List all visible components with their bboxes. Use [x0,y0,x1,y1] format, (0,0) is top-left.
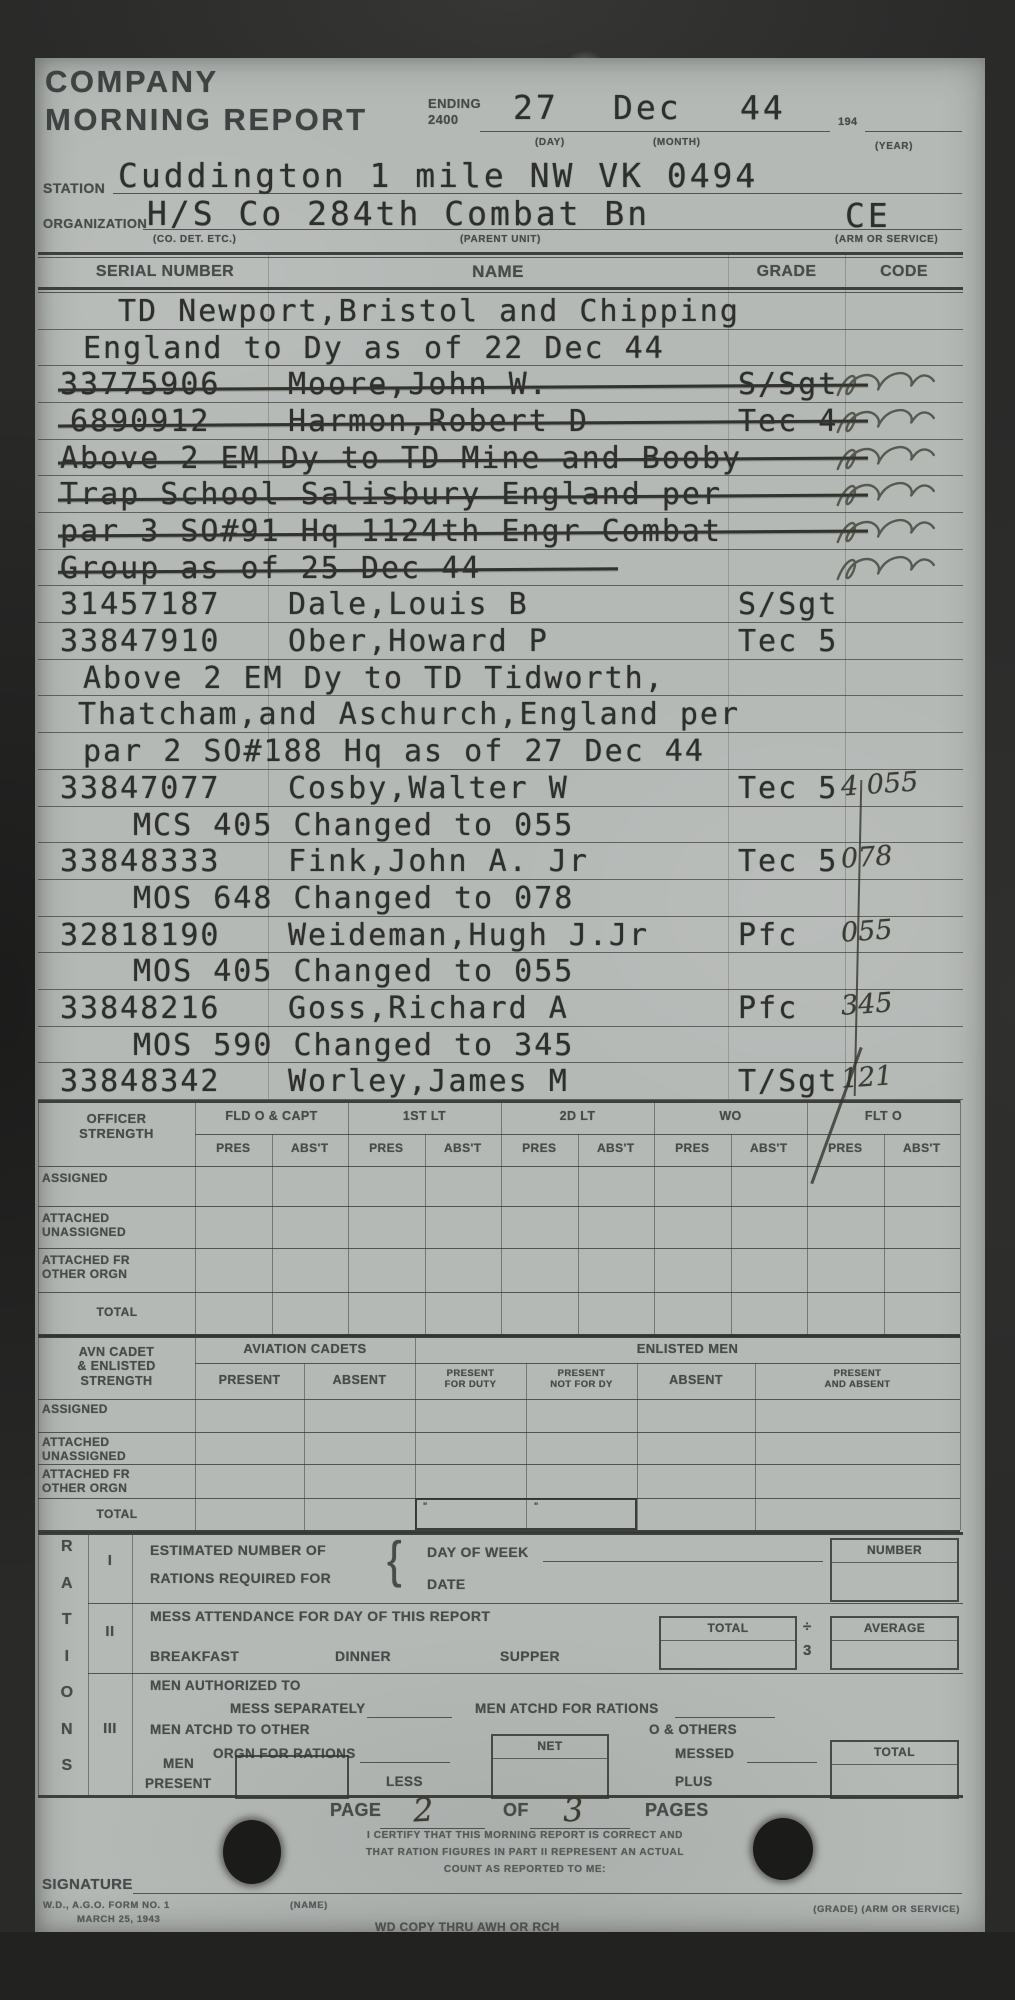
roster-name: Above 2 EM Dy to TD Tidworth, [83,661,665,696]
number-label: NUMBER [832,1543,957,1557]
year-prefix: 194 [838,116,858,128]
rations-number-box: NUMBER [830,1538,959,1602]
rations1-line2: RATIONS REQUIRED FOR [150,1570,331,1586]
rations-letter: A [49,1575,85,1593]
roster-row: TD Newport,Bristol and Chipping [38,292,963,330]
roster-row: Trap School Salisbury England per [38,475,963,513]
enlisted-row-label: ASSIGNED [42,1403,192,1417]
roster-name: Fink,John A. Jr [288,844,589,879]
officer-row-label: ATTACHED FR OTHER ORGN [42,1254,192,1282]
table-rule [807,1100,808,1334]
table-rule [38,1399,960,1400]
enlisted-row-label: ATTACHED FR OTHER ORGN [42,1468,192,1496]
enlisted-sub-col: PRESENT FOR DUTY [415,1369,526,1391]
table-rule [38,1248,960,1249]
date-underline [480,131,830,132]
roster-serial: 33848216 [60,991,221,1026]
officer-row-label: TOTAL [42,1306,192,1320]
roster-grade: Pfc [738,918,798,953]
roster-code-handwritten: 4 055 [840,766,919,802]
officer-col-group: FLD O & CAPT [195,1109,348,1123]
rations-letter: T [49,1611,85,1629]
roster-name: Weideman,Hugh J.Jr [288,918,649,953]
enlisted-sub-col: PRESENT NOT FOR DY [526,1369,637,1391]
rations-left-border [38,1532,39,1795]
supper-label: SUPPER [500,1648,560,1664]
enlisted-men-header: ENLISTED MEN [415,1342,960,1357]
table-rule [38,1335,960,1338]
rations-numeral: I [88,1552,132,1569]
table-rule [637,1363,638,1530]
ending-value: 2400 [428,112,459,127]
plus-label: PLUS [675,1774,713,1789]
roster-code-handwritten: 055 [840,914,894,949]
roster-row: 33847910Ober,Howard PTec 5 [38,622,963,660]
organization-underline [143,229,962,230]
date-label: DATE [427,1576,466,1592]
arm-service-label: (ARM OR SERVICE) [835,234,938,245]
roster-rows: TD Newport,Bristol and ChippingEngland t… [35,292,985,1099]
men-present-box [235,1755,349,1799]
rations-numeral: II [88,1623,132,1640]
roster-serial: 33775906 [60,367,221,402]
men-label: MEN [163,1756,194,1771]
mess-separately-line [367,1717,452,1718]
roster-row: 33848342Worley,James MT/Sgt121 [38,1062,963,1100]
roster-name: MCS 405 Changed to 055 [133,808,574,843]
station-value: Cuddington 1 mile NW VK 0494 [118,156,758,195]
breakfast-label: BREAKFAST [150,1648,239,1664]
messed-label: MESSED [675,1746,734,1761]
year-label: (YEAR) [875,141,913,152]
certify-line3: COUNT AS REPORTED TO ME: [275,1864,775,1875]
table-rule [38,1292,960,1293]
roster-name: MOS 590 Changed to 345 [133,1028,574,1063]
date-month: Dec [613,88,682,127]
table-rule [654,1100,655,1334]
mess-separately-label: MESS SEPARATELY [230,1701,366,1716]
form-title-line1: COMPANY [45,64,219,100]
rations1-brace: { [387,1532,402,1590]
table-rule [960,1100,961,1334]
of-label: OF [503,1800,529,1821]
day-label: (DAY) [535,137,565,148]
roster-top-rule [38,252,963,255]
roster-serial: 33848333 [60,844,221,879]
co-det-label: (CO. DET. ETC.) [153,234,236,245]
station-label: STATION [43,180,105,196]
certify-line2: THAT RATION FIGURES IN PART II REPRESENT… [275,1847,775,1858]
rations-letter: R [49,1538,85,1556]
officer-sub-col: PRES [501,1142,578,1156]
table-rule [195,1100,196,1334]
roster-serial: 33847910 [60,624,221,659]
rations-numerals-divider [132,1532,133,1795]
rations-divider-1 [88,1603,963,1604]
enlisted-total-highlight-box [415,1498,637,1530]
month-label: (MONTH) [653,137,701,148]
form-title-line2: MORNING REPORT [45,102,368,138]
table-rule [960,1335,961,1530]
rations-numeral: III [88,1720,132,1737]
form-number: W.D., A.G.O. FORM NO. 1 [43,1900,170,1911]
table-rule [38,1464,960,1465]
messed-line [747,1762,817,1763]
men-atchd-rations-label: MEN ATCHD FOR RATIONS [475,1701,659,1716]
enlisted-sub-col: PRESENT AND ABSENT [755,1369,960,1391]
roster-serial: 33848342 [60,1064,221,1099]
roster-row: 31457187Dale,Louis BS/Sgt [38,585,963,623]
roster-row: 33847077Cosby,Walter WTec 54 055 [38,769,963,807]
roster-name: Thatcham,and Aschurch,England per [78,697,740,732]
scan-background: COMPANY MORNING REPORT ENDING 2400 27 De… [0,0,1015,2000]
rations-letter: I [49,1648,85,1666]
table-rule [578,1134,579,1334]
day-of-week-label: DAY OF WEEK [427,1544,529,1560]
officer-col-group: WO [654,1109,807,1123]
officer-row-label: ATTACHED UNASSIGNED [42,1212,192,1240]
divide-by: 3 [803,1642,812,1659]
rations-total-box: TOTAL [830,1740,959,1799]
certify-line1: I CERTIFY THAT THIS MORNING REPORT IS CO… [275,1830,775,1841]
ending-label: ENDING [428,96,481,111]
organization-label: ORGANIZATION [43,216,147,231]
name-label: (NAME) [290,1900,328,1911]
enlisted-sub-col: PRESENT [195,1373,304,1387]
day-of-week-underline [543,1561,823,1562]
roster-name: par 2 SO#188 Hq as of 27 Dec 44 [83,734,705,769]
roster-name: TD Newport,Bristol and Chipping [118,294,740,329]
officer-col-group: FLT O [807,1109,960,1123]
roster-grade: Tec 5 [738,771,838,806]
table-rule [38,1166,960,1167]
roster-row: MOS 590 Changed to 345 [38,1026,963,1064]
year-underline [865,131,962,132]
officer-row-label: ASSIGNED [42,1172,192,1186]
roster-name: Ober,Howard P [288,624,549,659]
roster-row: MOS 648 Changed to 078 [38,879,963,917]
roster-header-grade: GRADE [728,263,845,281]
table-rule [38,1432,960,1433]
roster-row: Above 2 EM Dy to TD Tidworth, [38,659,963,697]
roster-row: par 2 SO#188 Hq as of 27 Dec 44 [38,732,963,770]
mess-total-box: TOTAL [659,1616,797,1670]
tick-mark: " [423,1501,428,1511]
punch-hole-left [223,1820,281,1884]
o-others-label: O & OTHERS [649,1722,737,1737]
morning-report-form: COMPANY MORNING REPORT ENDING 2400 27 De… [35,58,985,1932]
parent-unit-label: (PARENT UNIT) [460,234,541,245]
enlisted-sub-col: ABSENT [304,1373,415,1387]
organization-value: H/S Co 284th Combat Bn [147,194,650,233]
aviation-cadets-header: AVIATION CADETS [195,1342,415,1357]
enlisted-row-label: ATTACHED UNASSIGNED [42,1436,192,1464]
roster-grade: Tec 5 [738,844,838,879]
roster-header-serial: SERIAL NUMBER [65,263,265,281]
table-rule [195,1363,960,1364]
roster-row: 33775906Moore,John W.S/Sgt [38,365,963,403]
officer-sub-col: PRES [348,1142,425,1156]
table-rule [884,1134,885,1334]
table-rule [501,1100,502,1334]
average-label: AVERAGE [832,1621,957,1635]
roster-code-handwritten: 078 [840,840,894,875]
officer-sub-col: ABS'T [884,1142,961,1156]
officer-sub-col: ABS'T [731,1142,808,1156]
mess-total-label: TOTAL [661,1621,795,1635]
roster-serial: 33847077 [60,771,221,806]
rations-letter: O [49,1684,85,1702]
roster-header-name: NAME [268,262,728,282]
officer-sub-col: ABS'T [425,1142,502,1156]
roster-grade: T/Sgt [738,1064,838,1099]
dinner-label: DINNER [335,1648,391,1664]
roster-name: England to Dy as of 22 Dec 44 [83,331,665,366]
net-label: NET [493,1739,607,1753]
roster-row: Above 2 EM Dy to TD Mine and Booby [38,439,963,477]
officer-sub-col: ABS'T [578,1142,655,1156]
divide-symbol: ÷ [803,1618,812,1635]
mess-attendance-title: MESS ATTENDANCE FOR DAY OF THIS REPORT [150,1608,490,1624]
form-date: MARCH 25, 1943 [77,1914,160,1925]
officer-col-group: 2D LT [501,1109,654,1123]
roster-row: 33848333Fink,John A. JrTec 5078 [38,842,963,880]
officer-col-group: 1ST LT [348,1109,501,1123]
enlisted-row-label: TOTAL [42,1508,192,1522]
tick-mark: " [534,1501,539,1511]
officer-sub-col: ABS'T [272,1142,349,1156]
rations-letters-divider [88,1532,89,1795]
net-box: NET [491,1734,609,1799]
roster-code-handwritten: 345 [840,987,894,1022]
rations-total-label: TOTAL [832,1745,957,1759]
roster-grade: Pfc [738,991,798,1026]
enlisted-sub-col: ABSENT [637,1373,755,1387]
roster-row: England to Dy as of 22 Dec 44 [38,329,963,367]
table-rule [38,1100,960,1103]
pages-label: PAGES [645,1800,709,1821]
men-atchd-other-label: MEN ATCHD TO OTHER [150,1722,310,1737]
roster-row: 32818190Weideman,Hugh J.JrPfc055 [38,916,963,954]
table-rule [348,1100,349,1334]
signature-underline [133,1893,962,1894]
table-rule [731,1134,732,1334]
rations-letter: S [49,1757,85,1775]
roster-row: 33848216Goss,Richard APfc345 [38,989,963,1027]
roster-grade: Tec 5 [738,624,838,659]
roster-header-rule [38,287,963,290]
roster-name: MOS 648 Changed to 078 [133,881,574,916]
table-rule [38,1206,960,1207]
roster-top-rule2 [38,257,963,258]
roster-row: par 3 SO#91 Hq 1124th Engr Combat [38,512,963,550]
rations-divider-2 [88,1673,963,1674]
officer-sub-col: PRES [654,1142,731,1156]
officer-sub-col: PRES [195,1142,272,1156]
table-rule [195,1335,196,1530]
punch-hole-right [753,1818,813,1880]
roster-header-code: CODE [845,263,963,281]
table-rule [272,1134,273,1334]
roster-serial: 31457187 [60,587,221,622]
rations1-line1: ESTIMATED NUMBER OF [150,1542,326,1558]
pages-value: 3 [562,1791,584,1830]
roster-name: Cosby,Walter W [288,771,569,806]
roster-grade: S/Sgt [738,587,838,622]
roster-name: MOS 405 Changed to 055 [133,954,574,989]
table-rule [304,1363,305,1530]
less-label: LESS [386,1774,423,1789]
rations-top-rule [38,1532,963,1535]
roster-name: Goss,Richard A [288,991,569,1026]
scan-bottom-band [0,1932,1015,2000]
present-label: PRESENT [145,1776,212,1791]
roster-row: 6890912Harmon,Robert DTec 4 [38,402,963,440]
page-value: 2 [412,1790,434,1829]
date-day: 27 [513,88,559,127]
roster-serial: 6890912 [70,404,210,439]
men-authorized-label: MEN AUTHORIZED TO [150,1678,301,1693]
roster-name: Dale,Louis B [288,587,529,622]
officer-sub-col: PRES [807,1142,884,1156]
roster-name: Worley,James M [288,1064,569,1099]
officer-table-title: OFFICER STRENGTH [38,1112,195,1142]
roster-serial: 32818190 [60,918,221,953]
grade-arm-label: (GRADE) (ARM OR SERVICE) [780,1904,960,1915]
roster-row: MCS 405 Changed to 055 [38,806,963,844]
rations-letter: N [49,1721,85,1739]
table-rule [425,1134,426,1334]
roster-row: Group as of 25 Dec 44 [38,549,963,587]
signature-label: SIGNATURE [42,1876,133,1893]
mess-average-box: AVERAGE [830,1616,959,1670]
page-label: PAGE [330,1800,381,1821]
men-atchd-rations-line [675,1717,775,1718]
date-year: 44 [740,88,786,127]
orgn-for-rations-line [360,1762,450,1763]
roster-row: MOS 405 Changed to 055 [38,952,963,990]
roster-row: Thatcham,and Aschurch,England per [38,695,963,733]
enlisted-table-title: AVN CADET & ENLISTED STRENGTH [38,1345,195,1388]
